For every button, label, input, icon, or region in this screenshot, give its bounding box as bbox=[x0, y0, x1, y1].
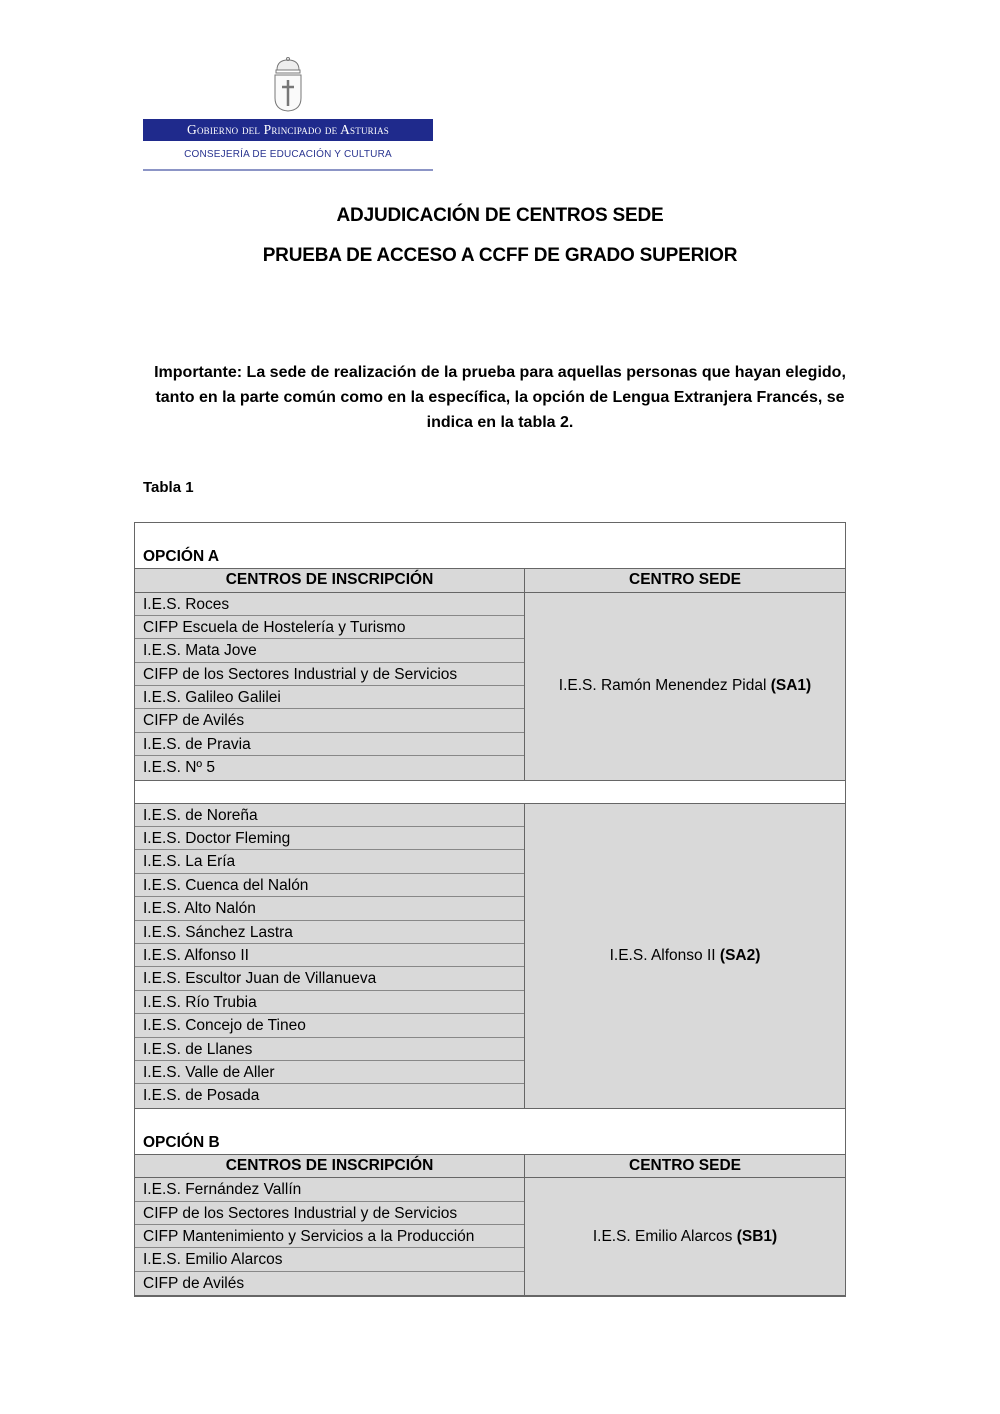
centre-group: I.E.S. de NoreñaI.E.S. Doctor FlemingI.E… bbox=[135, 804, 845, 1109]
option-label-row: OPCIÓN B bbox=[135, 1109, 845, 1155]
table-caption: Tabla 1 bbox=[143, 479, 194, 496]
page-subtitle: PRUEBA DE ACCESO A CCFF DE GRADO SUPERIO… bbox=[0, 245, 1000, 267]
table-row: I.E.S. de Pravia bbox=[135, 733, 524, 756]
centre-group: I.E.S. RocesCIFP Escuela de Hostelería y… bbox=[135, 593, 845, 781]
table-header: CENTROS DE INSCRIPCIÓNCENTRO SEDE bbox=[135, 569, 845, 593]
table-row: I.E.S. Galileo Galilei bbox=[135, 686, 524, 709]
table-row: CIFP de los Sectores Industrial y de Ser… bbox=[135, 1202, 524, 1225]
table-row: I.E.S. Alfonso II bbox=[135, 944, 524, 967]
table-row: I.E.S. Valle de Aller bbox=[135, 1061, 524, 1084]
table-row: CIFP Mantenimiento y Servicios a la Prod… bbox=[135, 1225, 524, 1248]
table-row: I.E.S. Nº 5 bbox=[135, 756, 524, 779]
asturias-crest-icon bbox=[271, 56, 305, 112]
table-row: I.E.S. Doctor Fleming bbox=[135, 827, 524, 850]
table-row: I.E.S. Roces bbox=[135, 593, 524, 616]
important-notice: Importante: La sede de realización de la… bbox=[150, 360, 850, 435]
table-row: I.E.S. Río Trubia bbox=[135, 991, 524, 1014]
option-label: OPCIÓN B bbox=[143, 1134, 220, 1152]
centro-sede-cell: I.E.S. Ramón Menendez Pidal (SA1) bbox=[525, 593, 845, 780]
sede-name: I.E.S. Alfonso II bbox=[610, 947, 716, 965]
centre-group: I.E.S. Fernández VallínCIFP de los Secto… bbox=[135, 1178, 845, 1296]
centro-sede-cell: I.E.S. Alfonso II (SA2) bbox=[525, 804, 845, 1108]
sede-name: I.E.S. Emilio Alarcos bbox=[593, 1228, 733, 1246]
table-row: I.E.S. de Llanes bbox=[135, 1038, 524, 1061]
department-name: CONSEJERÍA DE EDUCACIÓN Y CULTURA bbox=[143, 149, 433, 160]
option-label-row: OPCIÓN A bbox=[135, 523, 845, 569]
table-row: I.E.S. Cuenca del Nalón bbox=[135, 874, 524, 897]
table-row: I.E.S. Concejo de Tineo bbox=[135, 1014, 524, 1037]
assignment-table: OPCIÓN ACENTROS DE INSCRIPCIÓNCENTRO SED… bbox=[134, 522, 846, 1297]
group-spacer bbox=[135, 781, 845, 804]
government-name: Gobierno del Principado de Asturias bbox=[143, 119, 433, 141]
option-label: OPCIÓN A bbox=[143, 548, 219, 566]
table-row: I.E.S. La Ería bbox=[135, 850, 524, 873]
sede-code: (SA1) bbox=[771, 677, 811, 695]
table-row: CIFP de Avilés bbox=[135, 1272, 524, 1295]
table-row: CIFP de los Sectores Industrial y de Ser… bbox=[135, 663, 524, 686]
sede-code: (SA2) bbox=[720, 947, 760, 965]
table-row: I.E.S. Escultor Juan de Villanueva bbox=[135, 967, 524, 990]
table-row: I.E.S. de Posada bbox=[135, 1084, 524, 1107]
logo-divider bbox=[143, 169, 433, 171]
table-row: I.E.S. Emilio Alarcos bbox=[135, 1248, 524, 1271]
column-header-sede: CENTRO SEDE bbox=[525, 1155, 845, 1178]
sede-code: (SB1) bbox=[737, 1228, 777, 1246]
column-header-centros: CENTROS DE INSCRIPCIÓN bbox=[135, 569, 525, 592]
table-row: I.E.S. Sánchez Lastra bbox=[135, 921, 524, 944]
sede-name: I.E.S. Ramón Menendez Pidal bbox=[559, 677, 767, 695]
table-row: I.E.S. Mata Jove bbox=[135, 639, 524, 662]
table-row: I.E.S. Fernández Vallín bbox=[135, 1178, 524, 1201]
table-row: CIFP Escuela de Hostelería y Turismo bbox=[135, 616, 524, 639]
column-header-centros: CENTROS DE INSCRIPCIÓN bbox=[135, 1155, 525, 1178]
page-title: ADJUDICACIÓN DE CENTROS SEDE bbox=[0, 205, 1000, 227]
column-header-sede: CENTRO SEDE bbox=[525, 569, 845, 592]
table-row: CIFP de Avilés bbox=[135, 709, 524, 732]
centro-sede-cell: I.E.S. Emilio Alarcos (SB1) bbox=[525, 1178, 845, 1295]
table-row: I.E.S. Alto Nalón bbox=[135, 897, 524, 920]
table-header: CENTROS DE INSCRIPCIÓNCENTRO SEDE bbox=[135, 1155, 845, 1179]
table-row: I.E.S. de Noreña bbox=[135, 804, 524, 827]
